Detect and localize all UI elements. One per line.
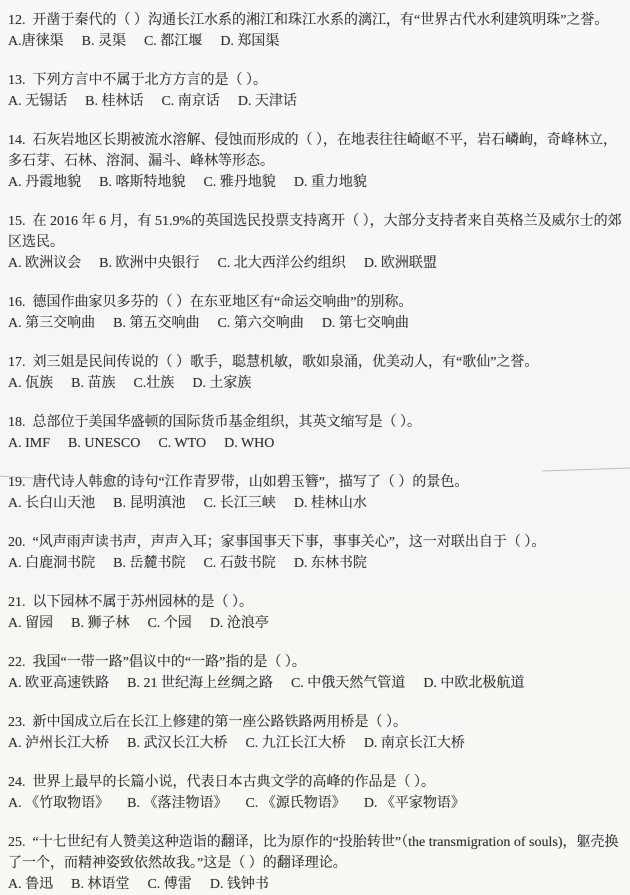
option-a: A. 泸州长江大桥 <box>8 733 109 754</box>
option-c: C. 《源氏物语》 <box>245 793 345 814</box>
question-15-options: A. 欧洲议会B. 欧洲中央银行C. 北大西洋公约组织D. 欧洲联盟 <box>8 253 625 274</box>
option-a: A. 第三交响曲 <box>8 313 95 334</box>
question-21-text-line: 21.以下园林不属于苏州园林的是（ ）。 <box>8 592 625 613</box>
option-d: D. 土家族 <box>192 373 251 394</box>
question-19: 19.唐代诗人韩愈的诗句“江作青罗带，山如碧玉簪”，描写了（ ）的景色。 A. … <box>8 472 625 514</box>
option-c: C. 石鼓书院 <box>203 553 275 574</box>
option-a: A. 欧洲议会 <box>8 253 81 274</box>
option-c: C. 长江三峡 <box>203 493 275 514</box>
option-a: A. 丹霞地貌 <box>8 172 81 193</box>
question-text: 开凿于秦代的（ ）沟通长江水系的湘江和珠江水系的漓江，有“世界古代水利建筑明珠”… <box>33 13 609 28</box>
question-19-options: A. 长白山天池B. 昆明滇池C. 长江三峡D. 桂林山水 <box>8 493 625 514</box>
question-number: 25. <box>8 835 26 850</box>
option-b: B. 灵渠 <box>82 31 126 52</box>
question-20-options: A. 白鹿洞书院B. 岳麓书院C. 石鼓书院D. 东林书院 <box>8 553 625 574</box>
option-d: D. WHO <box>224 433 274 454</box>
option-b: B. 苗族 <box>71 373 115 394</box>
option-a: A. 佤族 <box>8 373 53 394</box>
question-16-options: A. 第三交响曲B. 第五交响曲C. 第六交响曲D. 第七交响曲 <box>8 313 625 334</box>
option-d: D. 南京长江大桥 <box>364 733 465 754</box>
question-22-options: A. 欧亚高速铁路B. 21 世纪海上丝绸之路C. 中俄天然气管道D. 中欧北极… <box>8 673 625 694</box>
option-a: A. 留园 <box>8 613 53 634</box>
question-number: 17. <box>8 355 26 370</box>
option-b: B. 桂林话 <box>85 91 143 112</box>
question-text: 总部位于美国华盛顿的国际货币基金组织，其英文缩写是（ ）。 <box>33 415 422 430</box>
question-13: 13.下列方言中不属于北方方言的是（ ）。 A. 无锡话B. 桂林话C. 南京话… <box>8 70 625 112</box>
question-21-options: A. 留园B. 狮子林C. 个园D. 沧浪亭 <box>8 613 625 634</box>
question-number: 13. <box>8 73 26 88</box>
question-18-options: A. IMFB. UNESCOC. WTOD. WHO <box>8 433 625 454</box>
question-23-text-line: 23.新中国成立后在长江上修建的第一座公路铁路两用桥是（ ）。 <box>8 712 625 733</box>
question-17-text-line: 17.刘三姐是民间传说的（ ）歌手，聪慧机敏，歌如泉涌，优美动人，有“歌仙”之誉… <box>8 352 625 373</box>
question-25-options: A. 鲁迅B. 林语堂C. 傅雷D. 钱钟书 <box>8 874 625 895</box>
question-text: 石灰岩地区长期被流水溶解、侵蚀而形成的（ ），在地表往往崎岖不平，岩石嶙峋，奇峰… <box>8 133 617 169</box>
question-20: 20.“风声雨声读书声，声声入耳；家事国事天下事，事事关心”，这一对联出自于（ … <box>8 532 625 574</box>
question-17: 17.刘三姐是民间传说的（ ）歌手，聪慧机敏，歌如泉涌，优美动人，有“歌仙”之誉… <box>8 352 625 394</box>
question-18: 18.总部位于美国华盛顿的国际货币基金组织，其英文缩写是（ ）。 A. IMFB… <box>8 412 625 454</box>
question-22-text-line: 22.我国“一带一路”倡议中的“一路”指的是（ ）。 <box>8 652 625 673</box>
question-number: 16. <box>8 295 26 310</box>
option-a: A. 鲁迅 <box>8 874 53 895</box>
question-23-options: A. 泸州长江大桥B. 武汉长江大桥C. 九江长江大桥D. 南京长江大桥 <box>8 733 625 754</box>
option-b: B. 第五交响曲 <box>113 313 199 334</box>
question-15-text-line: 15.在 2016 年 6 月，有 51.9%的英国选民投票支持离开（ ），大部… <box>8 211 625 253</box>
question-text: “十七世纪有人赞美这种造诣的翻译，比为原作的“投胎转世”（the transmi… <box>8 835 619 871</box>
question-24: 24.世界上最早的长篇小说，代表日本古典文学的高峰的作品是（ ）。 A. 《竹取… <box>8 772 625 814</box>
question-text: 新中国成立后在长江上修建的第一座公路铁路两用桥是（ ）。 <box>33 715 408 730</box>
question-14-text-line: 14.石灰岩地区长期被流水溶解、侵蚀而形成的（ ），在地表往往崎岖不平，岩石嶙峋… <box>8 130 625 172</box>
option-d: D. 郑国渠 <box>220 31 279 52</box>
option-a: A.唐徕渠 <box>8 31 64 52</box>
option-d: D. 第七交响曲 <box>322 313 409 334</box>
option-a: A. 欧亚高速铁路 <box>8 673 109 694</box>
question-number: 23. <box>8 715 26 730</box>
question-number: 21. <box>8 595 26 610</box>
option-a: A. IMF <box>8 433 50 454</box>
question-12-text-line: 12.开凿于秦代的（ ）沟通长江水系的湘江和珠江水系的漓江，有“世界古代水利建筑… <box>8 10 625 31</box>
question-12-options: A.唐徕渠B. 灵渠C. 都江堰D. 郑国渠 <box>8 31 625 52</box>
question-text: 在 2016 年 6 月，有 51.9%的英国选民投票支持离开（ ），大部分支持… <box>8 214 622 250</box>
question-text: 世界上最早的长篇小说，代表日本古典文学的高峰的作品是（ ）。 <box>33 775 436 790</box>
question-17-options: A. 佤族B. 苗族C.壮族D. 土家族 <box>8 373 625 394</box>
option-b: B. 欧洲中央银行 <box>99 253 199 274</box>
scanned-exam-page: 12.开凿于秦代的（ ）沟通长江水系的湘江和珠江水系的漓江，有“世界古代水利建筑… <box>0 0 630 895</box>
option-c: C. 第六交响曲 <box>217 313 303 334</box>
question-25: 25.“十七世纪有人赞美这种造诣的翻译，比为原作的“投胎转世”（the tran… <box>8 832 625 895</box>
option-a: A. 无锡话 <box>8 91 67 112</box>
question-21: 21.以下园林不属于苏州园林的是（ ）。 A. 留园B. 狮子林C. 个园D. … <box>8 592 625 634</box>
question-text: 唐代诗人韩愈的诗句“江作青罗带，山如碧玉簪”，描写了（ ）的景色。 <box>33 475 469 490</box>
question-number: 15. <box>8 214 26 229</box>
question-14-options: A. 丹霞地貌B. 喀斯特地貌C. 雅丹地貌D. 重力地貌 <box>8 172 625 193</box>
option-d: D. 重力地貌 <box>294 172 367 193</box>
option-b: B. 喀斯特地貌 <box>99 172 185 193</box>
option-c: C. 中俄天然气管道 <box>291 673 405 694</box>
option-c: C. 傅雷 <box>147 874 191 895</box>
question-15: 15.在 2016 年 6 月，有 51.9%的英国选民投票支持离开（ ），大部… <box>8 211 625 274</box>
option-d: D. 中欧北极航道 <box>423 673 524 694</box>
question-16-text-line: 16.德国作曲家贝多芬的（ ）在东亚地区有“命运交响曲”的别称。 <box>8 292 625 313</box>
option-c: C. WTO <box>158 433 206 454</box>
option-c: C. 个园 <box>147 613 191 634</box>
option-c: C. 南京话 <box>161 91 219 112</box>
question-number: 12. <box>8 13 26 28</box>
option-b: B. 21 世纪海上丝绸之路 <box>127 673 273 694</box>
option-d: D. 桂林山水 <box>294 493 367 514</box>
option-c: C.壮族 <box>133 373 174 394</box>
option-a: A. 《竹取物语》 <box>8 793 109 814</box>
question-text: 下列方言中不属于北方方言的是（ ）。 <box>33 73 268 88</box>
option-d: D. 沧浪亭 <box>210 613 269 634</box>
question-text: 德国作曲家贝多芬的（ ）在东亚地区有“命运交响曲”的别称。 <box>33 295 413 310</box>
option-b: B. UNESCO <box>68 433 140 454</box>
question-24-text-line: 24.世界上最早的长篇小说，代表日本古典文学的高峰的作品是（ ）。 <box>8 772 625 793</box>
question-text: 以下园林不属于苏州园林的是（ ）。 <box>33 595 254 610</box>
option-b: B. 狮子林 <box>71 613 129 634</box>
question-text: 刘三姐是民间传说的（ ）歌手，聪慧机敏，歌如泉涌，优美动人，有“歌仙”之誉。 <box>33 355 539 370</box>
option-c: C. 雅丹地貌 <box>203 172 275 193</box>
question-22: 22.我国“一带一路”倡议中的“一路”指的是（ ）。 A. 欧亚高速铁路B. 2… <box>8 652 625 694</box>
question-25-text-line: 25.“十七世纪有人赞美这种造诣的翻译，比为原作的“投胎转世”（the tran… <box>8 832 625 874</box>
question-16: 16.德国作曲家贝多芬的（ ）在东亚地区有“命运交响曲”的别称。 A. 第三交响… <box>8 292 625 334</box>
option-d: D. 钱钟书 <box>210 874 269 895</box>
question-23: 23.新中国成立后在长江上修建的第一座公路铁路两用桥是（ ）。 A. 泸州长江大… <box>8 712 625 754</box>
question-14: 14.石灰岩地区长期被流水溶解、侵蚀而形成的（ ），在地表往往崎岖不平，岩石嶙峋… <box>8 130 625 193</box>
question-12: 12.开凿于秦代的（ ）沟通长江水系的湘江和珠江水系的漓江，有“世界古代水利建筑… <box>8 10 625 52</box>
question-18-text-line: 18.总部位于美国华盛顿的国际货币基金组织，其英文缩写是（ ）。 <box>8 412 625 433</box>
question-number: 14. <box>8 133 26 148</box>
question-20-text-line: 20.“风声雨声读书声，声声入耳；家事国事天下事，事事关心”，这一对联出自于（ … <box>8 532 625 553</box>
question-text: “风声雨声读书声，声声入耳；家事国事天下事，事事关心”，这一对联出自于（ ）。 <box>33 535 546 550</box>
option-d: D. 《平家物语》 <box>364 793 465 814</box>
option-a: A. 白鹿洞书院 <box>8 553 95 574</box>
question-number: 24. <box>8 775 26 790</box>
question-13-text-line: 13.下列方言中不属于北方方言的是（ ）。 <box>8 70 625 91</box>
option-b: B. 《落洼物语》 <box>127 793 227 814</box>
question-text: 我国“一带一路”倡议中的“一路”指的是（ ）。 <box>33 655 306 670</box>
option-a: A. 长白山天池 <box>8 493 95 514</box>
question-number: 22. <box>8 655 26 670</box>
question-24-options: A. 《竹取物语》B. 《落洼物语》C. 《源氏物语》D. 《平家物语》 <box>8 793 625 814</box>
question-13-options: A. 无锡话B. 桂林话C. 南京话D. 天津话 <box>8 91 625 112</box>
option-d: D. 天津话 <box>238 91 297 112</box>
option-b: B. 林语堂 <box>71 874 129 895</box>
option-b: B. 岳麓书院 <box>113 553 185 574</box>
option-c: C. 九江长江大桥 <box>245 733 345 754</box>
option-d: D. 东林书院 <box>294 553 367 574</box>
question-number: 20. <box>8 535 26 550</box>
option-c: C. 北大西洋公约组织 <box>217 253 345 274</box>
option-b: B. 昆明滇池 <box>113 493 185 514</box>
question-number: 18. <box>8 415 26 430</box>
scan-artifact-line-right <box>542 467 630 471</box>
question-19-text-line: 19.唐代诗人韩愈的诗句“江作青罗带，山如碧玉簪”，描写了（ ）的景色。 <box>8 472 625 493</box>
option-c: C. 都江堰 <box>144 31 202 52</box>
option-d: D. 欧洲联盟 <box>364 253 437 274</box>
option-b: B. 武汉长江大桥 <box>127 733 227 754</box>
